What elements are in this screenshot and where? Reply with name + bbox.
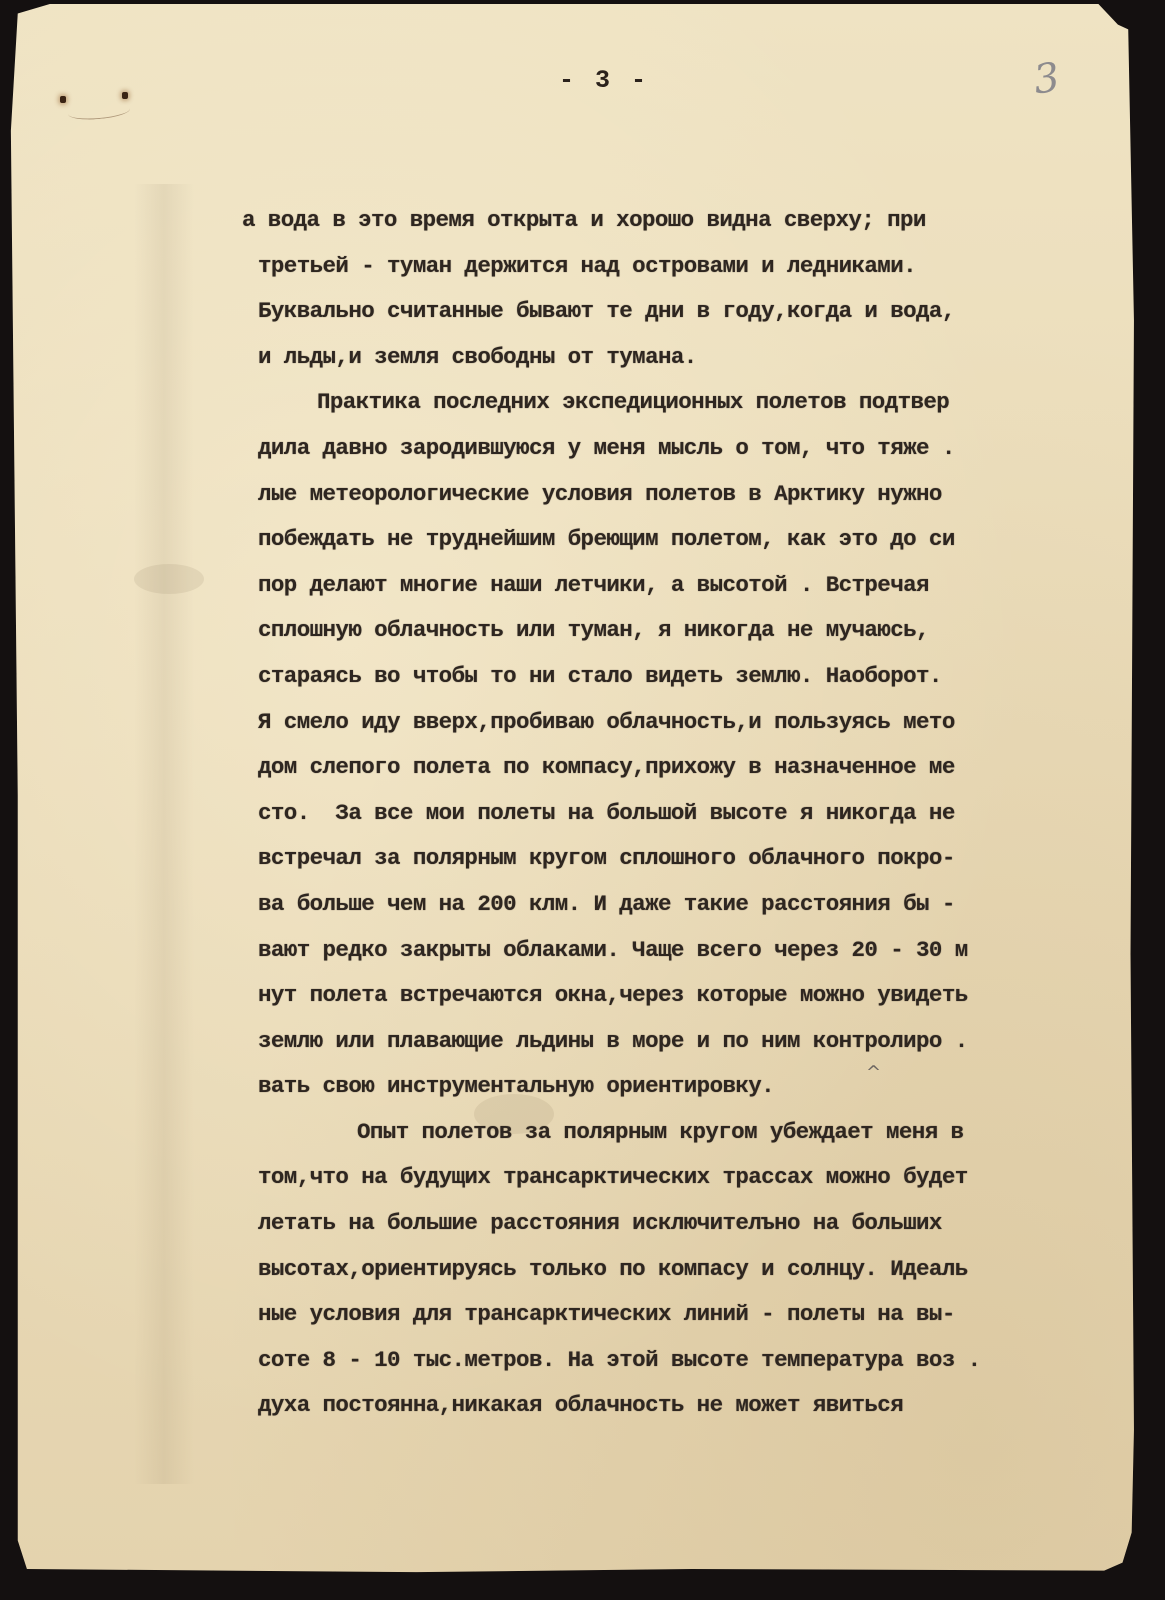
smudge [134,564,204,594]
text-line: побеждать не труднейшим бреющим полетом,… [242,517,1072,563]
text-line: высотах,ориентируясь только по компасу и… [242,1247,1072,1293]
staple-hole [60,96,66,103]
text-line: землю или плавающие льдины в море и по н… [242,1019,1072,1065]
page-number: - 3 - [559,66,649,95]
text-line: дом слепого полета по компасу,прихожу в … [242,745,1072,791]
text-line: Я смело иду вверх,пробиваю облачность,и … [242,700,1072,746]
text-line: а вода в это время открыта и хорошо видн… [242,198,1072,244]
text-line: дила давно зародившуюся у меня мысль о т… [242,426,1072,472]
text-line: соте 8 - 10 тыс.метров. На этой высоте т… [242,1338,1072,1384]
fold-shadow [134,184,194,1484]
text-line: Буквально считанные бывают те дни в году… [242,289,1072,335]
text-line: вать свою инструментальную ориентировку. [242,1064,1072,1110]
text-line: сто. За все мои полеты на большой высоте… [242,791,1072,837]
text-line: ва больше чем на 200 клм. И даже такие р… [242,882,1072,928]
text-line: духа постоянна,никакая облачность не мож… [242,1383,1072,1429]
text-line: нут полета встречаются окна,через которы… [242,973,1072,1019]
staple-hole [122,92,128,99]
text-line: сплошную облачность или туман, я никогда… [242,608,1072,654]
document-scan: - 3 - 3 а вода в это время открыта и хор… [0,0,1165,1600]
text-line: стараясь во чтобы то ни стало видеть зем… [242,654,1072,700]
text-line: ные условия для трансарктических линий -… [242,1292,1072,1338]
text-line: третьей - туман держится над островами и… [242,244,1072,290]
typewritten-page: - 3 - 3 а вода в это время открыта и хор… [4,4,1150,1588]
text-line: вают редко закрыты облаками. Чаще всего … [242,928,1072,974]
pencil-caret-mark: ^ [866,1062,881,1083]
text-line: и льды,и земля свободны от тумана. [242,335,1072,381]
paragraph-start-line: Практика последних экспедиционных полето… [242,380,1072,426]
body-text: а вода в это время открыта и хорошо видн… [242,198,1072,1429]
text-line: том,что на будущих трансарктических трас… [242,1155,1072,1201]
text-line: пор делают многие наши летчики, а высото… [242,563,1072,609]
text-line: лые метеорологические условия полетов в … [242,472,1072,518]
archive-page-number: 3 [1031,54,1063,103]
text-line: летать на большие расстояния исключителъ… [242,1201,1072,1247]
staple-tear [67,101,130,121]
text-line: встречал за полярным кругом сплошного об… [242,836,1072,882]
paragraph-start-line: Опыт полетов за полярным кругом убеждает… [242,1110,1072,1156]
